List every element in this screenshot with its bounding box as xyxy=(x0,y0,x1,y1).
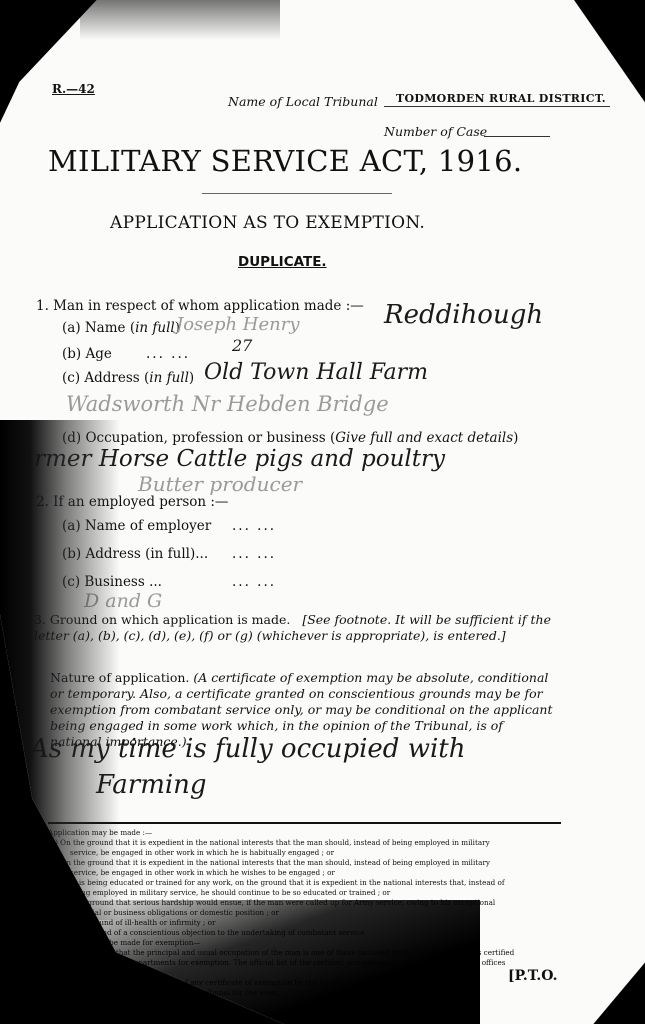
footnote-divider xyxy=(48,822,561,824)
copy-type-label: DUPLICATE. xyxy=(238,254,327,270)
form-number: R.—42 xyxy=(52,82,95,96)
document-page: R.—42 Name of Local Tribunal TODMORDEN R… xyxy=(0,0,645,1024)
section-1-heading: 1. Man in respect of whom application ma… xyxy=(36,298,364,314)
page-edge-shadow xyxy=(0,420,120,920)
employer-name-dots: ... ... xyxy=(232,518,276,534)
age-value: 27 xyxy=(232,336,252,355)
name-value-first: Joseph Henry xyxy=(176,314,300,335)
case-number-label: Number of Case xyxy=(384,124,487,139)
tribunal-value: TODMORDEN RURAL DISTRICT. xyxy=(384,92,610,107)
please-turn-over: [P.T.O. xyxy=(508,968,557,984)
tribunal-label: Name of Local Tribunal xyxy=(228,94,378,109)
address-value-line1: Old Town Hall Farm xyxy=(204,360,428,385)
title-divider xyxy=(202,193,392,194)
address-label: (c) Address (in full) xyxy=(62,370,194,386)
page-edge-shadow xyxy=(80,0,280,40)
name-value-last: Reddihough xyxy=(384,300,543,330)
page-subtitle: APPLICATION AS TO EXEMPTION. xyxy=(110,213,425,233)
page-title: MILITARY SERVICE ACT, 1916. xyxy=(48,144,522,178)
name-label: (a) Name (in full) xyxy=(62,320,180,336)
employer-business-dots: ... ... xyxy=(232,574,276,590)
employer-address-dots: ... ... xyxy=(232,546,276,562)
address-value-line2: Wadsworth Nr Hebden Bridge xyxy=(66,392,389,416)
occupation-label: (d) Occupation, profession or business (… xyxy=(62,430,518,446)
page-edge-shadow xyxy=(60,900,480,1024)
occupation-value-line2: Butter producer xyxy=(138,472,302,496)
case-number-field xyxy=(484,136,550,137)
age-dots: ... ... xyxy=(146,346,190,362)
age-label: (b) Age xyxy=(62,346,112,362)
